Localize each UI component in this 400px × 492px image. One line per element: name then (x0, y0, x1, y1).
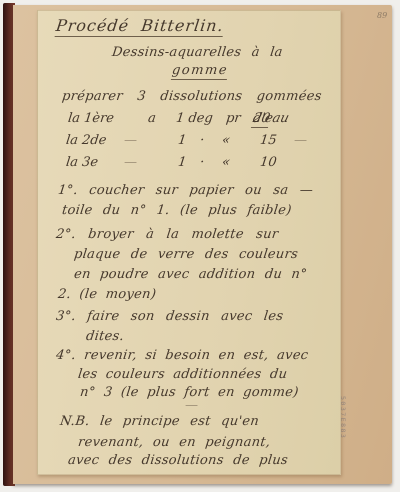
step-3-line-1: 3°. faire son dessin avec les (55, 309, 284, 324)
step-2-line-4: 2. (le moyen) (57, 287, 157, 302)
solution-3-col-b: 1 (177, 155, 187, 170)
step-4-line-1: 4°. revenir, si besoin en est, avec (55, 348, 309, 363)
solution-3-ditto-mark: « (221, 155, 231, 170)
nota-bene-separator-stroke: — (184, 398, 199, 413)
step-2-line-3: en poudre avec addition du n° (73, 267, 308, 282)
nota-bene-line-2: revenant, ou en peignant, (77, 435, 271, 450)
manuscript-subtitle-underlined: gomme (171, 63, 229, 80)
solution-2-ditto-mark: « (221, 133, 231, 148)
nota-bene-line-1: N.B. le principe est qu'en (59, 414, 260, 429)
nota-bene-line-3: avec des dissolutions de plus (67, 453, 289, 468)
step-2-line-2: plaque de verre des couleurs (73, 247, 299, 262)
solution-3-dash-1: — (123, 155, 138, 170)
solution-2-dot: · (199, 133, 205, 148)
solution-3-label: la 3e (65, 155, 99, 170)
manuscript-subtitle-line2: gomme (171, 63, 229, 78)
solution-2-label: la 2de (65, 133, 107, 148)
inventory-stamp: 5037E883 (339, 396, 347, 439)
step-4-line-2: les couleurs additionnées du (77, 367, 288, 382)
solution-2-dash-2: — (293, 133, 308, 148)
solution-1-col-a: a (147, 111, 157, 126)
solution-3-dot: · (199, 155, 205, 170)
manuscript-title-text: Procédé Bitterlin. (55, 16, 225, 37)
step-3-line-2: dites. (85, 329, 125, 344)
solution-1-col-c: pr (225, 111, 241, 126)
manuscript-title: Procédé Bitterlin. (55, 16, 225, 35)
step-2-line-1: 2°. broyer à la molette sur (55, 227, 279, 242)
solution-2-dash-1: — (123, 133, 138, 148)
manuscript-subtitle-line1: Dessins-aquarelles à la (111, 45, 284, 60)
step-1-line-1: 1°. coucher sur papier ou sa — (57, 183, 314, 198)
solution-2-col-b: 1 (177, 133, 187, 148)
solution-row-1: la 1ère a 1 deg pr 20 d'eau (66, 111, 366, 129)
step-1-line-2: toile du n° 1. (le plus faible) (61, 203, 292, 218)
solution-row-2: la 2de — 1 · « 15 — (66, 133, 366, 151)
solution-2-amount: 15 (259, 133, 277, 148)
manuscript-photo: Procédé Bitterlin. Dessins-aquarelles à … (0, 0, 400, 492)
prepare-instruction-line: préparer 3 dissolutions gommées (61, 89, 323, 104)
solution-1-suffix: d'eau (251, 111, 290, 126)
solution-1-col-b: 1 deg (175, 111, 214, 126)
solution-row-3: la 3e — 1 · « 10 (66, 155, 366, 173)
folio-number: 89 (377, 11, 387, 20)
solution-3-amount: 10 (259, 155, 277, 170)
solution-1-label: la 1ère (67, 111, 115, 126)
